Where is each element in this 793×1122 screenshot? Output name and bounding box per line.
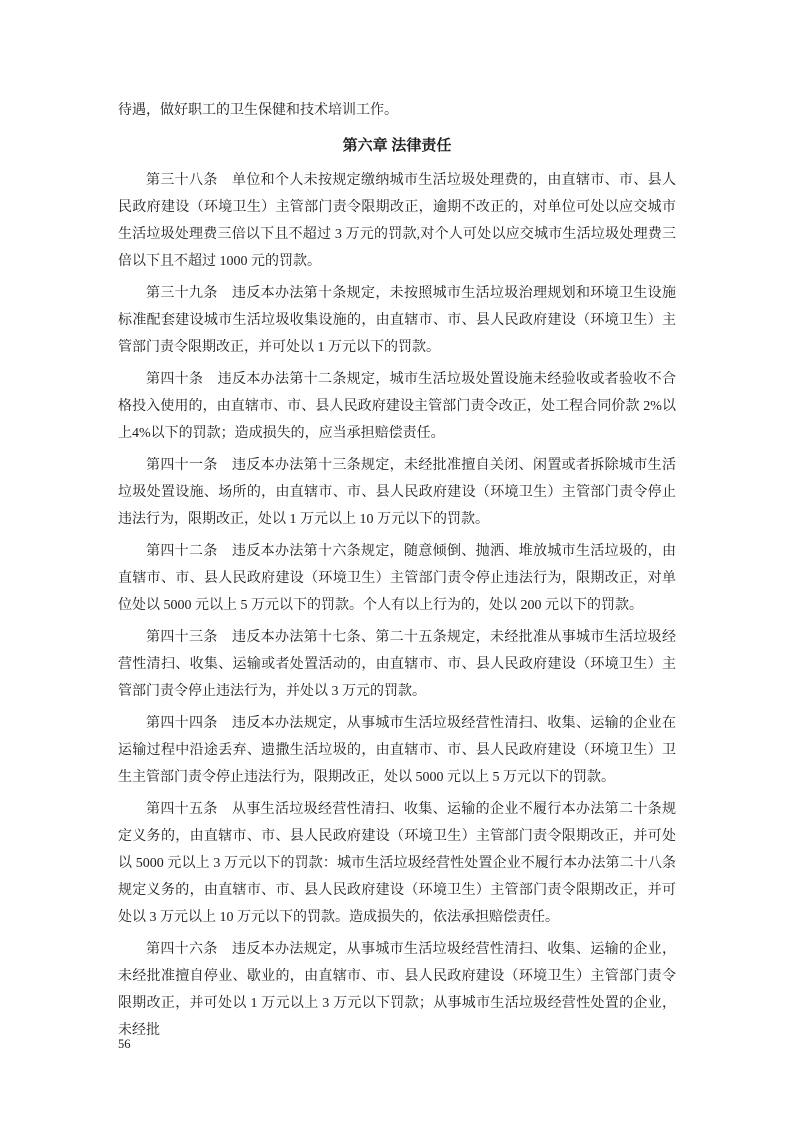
document-body: 待遇，做好职工的卫生保健和技术培训工作。 第六章 法律责任 第三十八条 单位和个… bbox=[118, 97, 676, 1049]
article-paragraph-38: 第三十八条 单位和个人未按规定缴纳城市生活垃圾处理费的，由直辖市、市、县人民政府… bbox=[118, 167, 676, 275]
continuation-paragraph: 待遇，做好职工的卫生保健和技术培训工作。 bbox=[118, 97, 676, 124]
article-paragraph-40: 第四十条 违反本办法第十二条规定，城市生活垃圾处置设施未经验收或者验收不合格投入… bbox=[118, 366, 676, 447]
article-paragraph-46: 第四十六条 违反本办法规定，从事城市生活垃圾经营性清扫、收集、运输的企业，未经批… bbox=[118, 936, 676, 1044]
chapter-heading: 第六章 法律责任 bbox=[118, 133, 676, 160]
article-paragraph-41: 第四十一条 违反本办法第十三条规定，未经批准擅自关闭、闲置或者拆除城市生活垃圾处… bbox=[118, 452, 676, 533]
document-page: 待遇，做好职工的卫生保健和技术培训工作。 第六章 法律责任 第三十八条 单位和个… bbox=[0, 0, 793, 1122]
article-paragraph-42: 第四十二条 违反本办法第十六条规定，随意倾倒、抛洒、堆放城市生活垃圾的，由直辖市… bbox=[118, 538, 676, 619]
article-paragraph-43: 第四十三条 违反本办法第十七条、第二十五条规定，未经批准从事城市生活垃圾经营性清… bbox=[118, 624, 676, 705]
article-paragraph-45: 第四十五条 从事生活垃圾经营性清扫、收集、运输的企业不履行本办法第二十条规定义务… bbox=[118, 796, 676, 931]
article-paragraph-44: 第四十四条 违反本办法规定，从事城市生活垃圾经营性清扫、收集、运输的企业在运输过… bbox=[118, 710, 676, 791]
page-number: 56 bbox=[118, 1036, 131, 1052]
article-paragraph-39: 第三十九条 违反本办法第十条规定，未按照城市生活垃圾治理规划和环境卫生设施标准配… bbox=[118, 280, 676, 361]
